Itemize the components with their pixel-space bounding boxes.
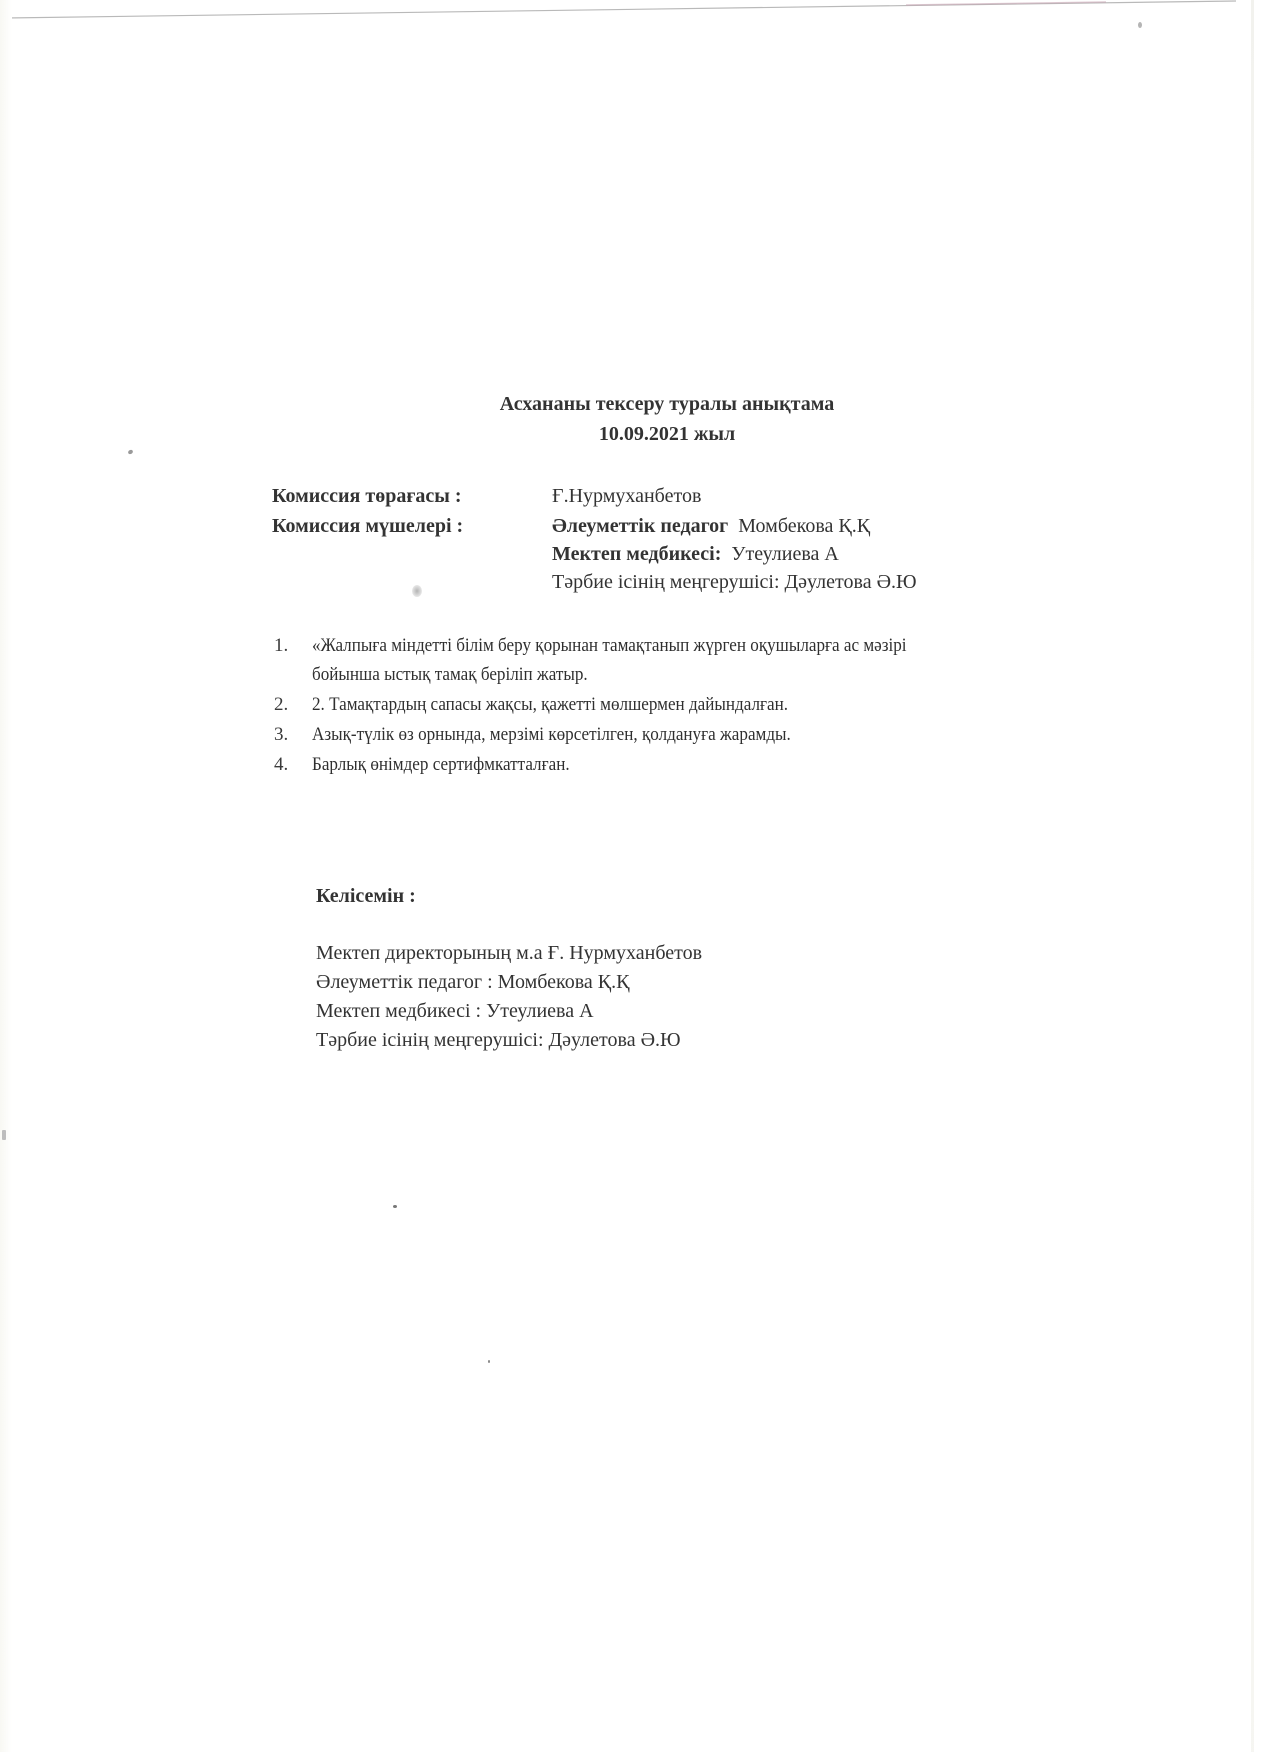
list-item-number: 2. — [274, 694, 288, 716]
agreement-signatory: Әлеуметтік педагог : Момбекова Қ.Қ — [316, 971, 629, 994]
member-name: Тәрбие ісінің меңгерушісі: Дәулетова Ә.Ю — [552, 571, 917, 593]
scan-speck — [1138, 22, 1142, 28]
commission-member: Тәрбие ісінің меңгерушісі: Дәулетова Ә.Ю — [552, 571, 917, 594]
list-item-text: «Жалпыға міндетті білім беру қорынан там… — [312, 635, 907, 657]
scan-speck — [393, 1205, 397, 1208]
commission-chair-name: Ғ.Нурмуханбетов — [552, 485, 701, 508]
list-item-text: 2. Тамақтардың сапасы жақсы, қажетті мөл… — [312, 694, 788, 716]
member-role: Мектеп медбикесі: — [552, 543, 721, 565]
commission-chair-label: Комиссия төрағасы : — [272, 485, 462, 508]
list-item-number: 3. — [274, 724, 288, 746]
document-date: 10.09.2021 жыл — [0, 423, 1264, 446]
list-item-text: Барлық өнімдер сертифмкатталған. — [312, 754, 570, 776]
list-item-text: Азық-түлік өз орнында, мерзімі көрсетілг… — [312, 724, 791, 746]
commission-member: Мектеп медбикесі: Утеулиева А — [552, 543, 839, 566]
commission-member: Әлеуметтік педагог Момбекова Қ.Қ — [552, 515, 870, 538]
agreement-signatory: Мектеп медбикесі : Утеулиева А — [316, 1000, 594, 1023]
member-name: Утеулиева А — [731, 543, 838, 565]
member-role: Әлеуметтік педагог — [552, 515, 728, 537]
agreement-signatory: Тәрбие ісінің меңгерушісі: Дәулетова Ә.Ю — [316, 1029, 681, 1052]
scan-edge-left — [0, 0, 12, 1752]
commission-members-label: Комиссия мүшелері : — [272, 515, 463, 538]
scan-speck — [127, 449, 133, 455]
scan-speck — [412, 585, 422, 597]
scan-speck — [488, 1360, 490, 1363]
list-item-number: 4. — [274, 754, 288, 776]
scan-speck — [2, 1130, 6, 1140]
scan-edge-line — [6, 0, 1246, 20]
agreement-heading: Келісемін : — [316, 885, 416, 908]
agreement-signatory: Мектеп директорының м.а Ғ. Нурмуханбетов — [316, 942, 702, 965]
document-title: Асхананы тексеру туралы анықтама — [0, 393, 1264, 416]
member-name: Момбекова Қ.Қ — [738, 515, 870, 537]
scan-edge-right — [1251, 0, 1254, 1752]
list-item-text-continued: бойынша ыстық тамақ беріліп жатыр. — [312, 664, 588, 686]
list-item-number: 1. — [274, 635, 288, 657]
